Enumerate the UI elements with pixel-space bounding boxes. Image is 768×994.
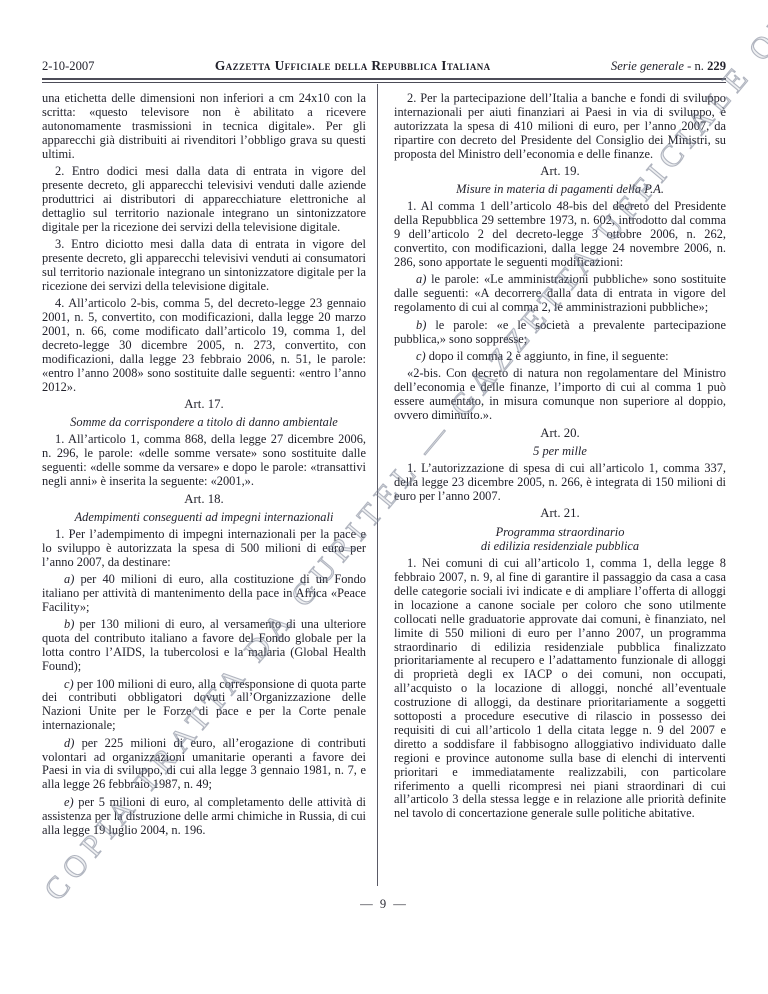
lettered-item: a) per 40 milioni di euro, alla costituz… xyxy=(42,573,366,615)
item-letter: d) xyxy=(64,736,74,750)
series-info: Serie generale - n. 229 xyxy=(611,59,726,74)
article-subtitle: Misure in materia di pagamenti della P.A… xyxy=(394,182,726,197)
gazette-title: Gazzetta Ufficiale della Repubblica Ital… xyxy=(94,58,610,74)
series-number: 229 xyxy=(707,59,726,73)
page-number: — 9 — xyxy=(0,897,768,912)
lettered-item: e) per 5 milioni di euro, al completamen… xyxy=(42,796,366,838)
paragraph: 2. Per la partecipazione dell’Italia a b… xyxy=(394,92,726,162)
item-letter: a) xyxy=(64,572,74,586)
article-heading: Art. 19. xyxy=(394,165,726,179)
article-subtitle: 5 per mille xyxy=(394,444,726,459)
header-double-rule xyxy=(42,78,726,83)
item-letter: e) xyxy=(64,795,74,809)
lettered-item: c) per 100 milioni di euro, alla corresp… xyxy=(42,678,366,734)
right-column: 2. Per la partecipazione dell’Italia a b… xyxy=(394,92,726,825)
issue-date: 2-10-2007 xyxy=(42,59,94,74)
column-divider xyxy=(377,84,378,886)
paragraph: una etichetta delle dimensioni non infer… xyxy=(42,92,366,162)
paragraph: «2-bis. Con decreto di natura non regola… xyxy=(394,367,726,423)
item-letter: b) xyxy=(64,617,74,631)
article-subtitle-line: di edilizia residenziale pubblica xyxy=(394,539,726,554)
lettered-item: a) le parole: «Le amministrazioni pubbli… xyxy=(394,273,726,315)
article-subtitle: Adempimenti conseguenti ad impegni inter… xyxy=(42,510,366,525)
series-separator: - n. xyxy=(684,59,707,73)
article-subtitle-line: Somme da corrispondere a titolo di danno… xyxy=(42,415,366,430)
article-heading: Art. 21. xyxy=(394,507,726,521)
article-subtitle-line: Adempimenti conseguenti ad impegni inter… xyxy=(42,510,366,525)
article-heading: Art. 18. xyxy=(42,493,366,507)
paragraph: 1. All’articolo 1, comma 868, della legg… xyxy=(42,433,366,489)
item-letter: c) xyxy=(416,349,426,363)
article-subtitle-line: 5 per mille xyxy=(394,444,726,459)
article-heading: Art. 20. xyxy=(394,427,726,441)
item-letter: b) xyxy=(416,318,426,332)
paragraph: 2. Entro dodici mesi dalla data di entra… xyxy=(42,165,366,235)
paragraph: 1. Per l’adempimento di impegni internaz… xyxy=(42,528,366,570)
gazette-page: 2-10-2007 Gazzetta Ufficiale della Repub… xyxy=(0,0,768,994)
paragraph: 1. Al comma 1 dell’articolo 48-bis del d… xyxy=(394,200,726,270)
lettered-item: b) per 130 milioni di euro, al versament… xyxy=(42,618,366,674)
paragraph: 1. L’autorizzazione di spesa di cui all’… xyxy=(394,462,726,504)
lettered-item: b) le parole: «e le società a prevalente… xyxy=(394,319,726,347)
lettered-item: c) dopo il comma 2 è aggiunto, in fine, … xyxy=(394,350,726,364)
lettered-item: d) per 225 milioni di euro, all’erogazio… xyxy=(42,737,366,793)
paragraph: 1. Nei comuni di cui all’articolo 1, com… xyxy=(394,557,726,821)
item-letter: c) xyxy=(64,677,74,691)
article-subtitle: Programma straordinariodi edilizia resid… xyxy=(394,525,726,554)
article-subtitle: Somme da corrispondere a titolo di danno… xyxy=(42,415,366,430)
article-subtitle-line: Misure in materia di pagamenti della P.A… xyxy=(394,182,726,197)
page-header: 2-10-2007 Gazzetta Ufficiale della Repub… xyxy=(42,58,726,74)
paragraph: 3. Entro diciotto mesi dalla data di ent… xyxy=(42,238,366,294)
article-heading: Art. 17. xyxy=(42,398,366,412)
item-letter: a) xyxy=(416,272,426,286)
series-name: Serie generale xyxy=(611,59,684,73)
left-column: una etichetta delle dimensioni non infer… xyxy=(42,92,366,841)
paragraph: 4. All’articolo 2-bis, comma 5, del decr… xyxy=(42,297,366,394)
article-subtitle-line: Programma straordinario xyxy=(394,525,726,540)
